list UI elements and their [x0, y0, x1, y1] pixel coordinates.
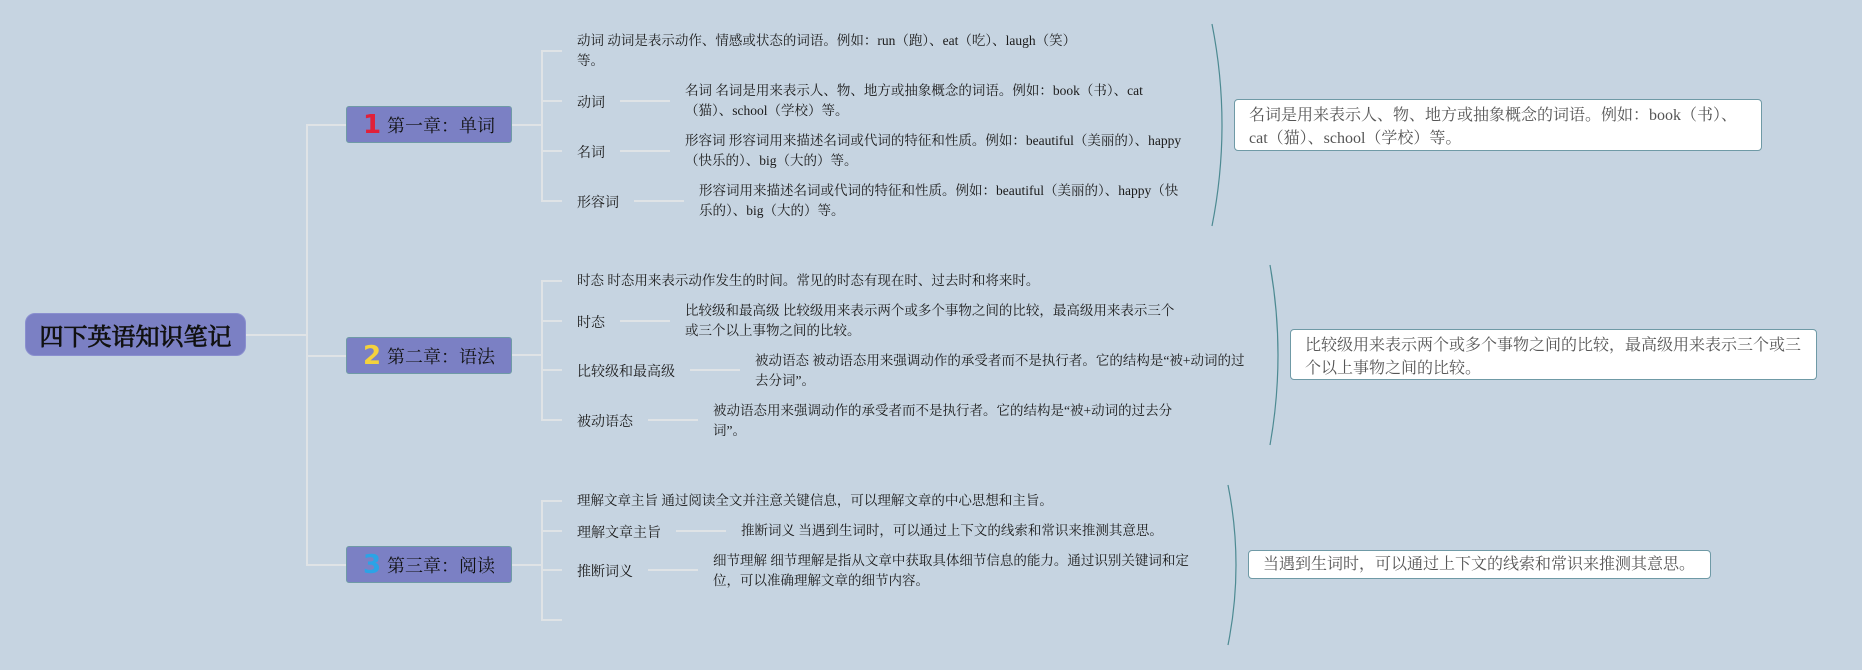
- ch1-tick-3: [541, 200, 562, 202]
- chapter-node-1[interactable]: 1 第一章：单词: [346, 106, 512, 143]
- ch1-tick-0: [541, 50, 562, 52]
- ch1-item-1-label[interactable]: 动词: [577, 92, 605, 112]
- chapter-title: 第三章：阅读: [387, 552, 495, 578]
- ch2-item-0-desc[interactable]: 时态 时态用来表示动作发生的时间。常见的时态有现在时、过去时和将来时。: [577, 271, 1177, 291]
- number-3-icon: 3: [363, 552, 381, 578]
- ch3-item-1-label[interactable]: 理解文章主旨: [577, 522, 661, 542]
- ch3-item-2-desc[interactable]: 细节理解 细节理解是指从文章中获取具体细节信息的能力。通过识别关键词和定位，可以…: [713, 551, 1213, 591]
- ch2-item-1-link: [620, 320, 670, 322]
- ch1-item-1-link: [620, 100, 670, 102]
- ch3-item-2-label[interactable]: 推断词义: [577, 561, 633, 581]
- ch2-summary-brace: [1268, 265, 1284, 445]
- ch1-item-2-desc[interactable]: 形容词 形容词用来描述名词或代词的特征和性质。例如：beautiful（美丽的）…: [685, 131, 1185, 171]
- branch-ch3: [306, 564, 346, 566]
- root-connector: [246, 334, 307, 336]
- chapter-node-3[interactable]: 3 第三章：阅读: [346, 546, 512, 583]
- ch1-item-3-desc[interactable]: 形容词用来描述名词或代词的特征和性质。例如：beautiful（美丽的）、hap…: [699, 181, 1189, 221]
- chapter-title: 第二章：语法: [387, 343, 495, 369]
- ch2-item-3-label[interactable]: 被动语态: [577, 411, 633, 431]
- ch2-item-3-link: [648, 419, 698, 421]
- root-title: 四下英语知识笔记: [40, 317, 232, 352]
- ch1-item-0-desc[interactable]: 动词 动词是表示动作、情感或状态的词语。例如：run（跑）、eat（吃）、lau…: [577, 31, 1077, 71]
- ch1-item-2-label[interactable]: 名词: [577, 142, 605, 162]
- number-1-icon: 1: [363, 112, 381, 138]
- ch2-summary[interactable]: 比较级用来表示两个或多个事物之间的比较，最高级用来表示三个或三个以上事物之间的比…: [1290, 329, 1817, 380]
- ch3-tick-0: [541, 500, 562, 502]
- ch3-item-2-link: [648, 569, 698, 571]
- ch3-item-1-link: [676, 530, 726, 532]
- ch3-connector: [512, 564, 542, 566]
- ch1-item-3-link: [634, 200, 684, 202]
- chapter-node-2[interactable]: 2 第二章：语法: [346, 337, 512, 374]
- branch-ch2: [306, 355, 346, 357]
- ch2-item-2-link: [690, 369, 740, 371]
- ch1-summary-brace: [1210, 24, 1230, 226]
- number-2-icon: 2: [363, 343, 381, 369]
- ch3-tick-2: [541, 569, 562, 571]
- chapter-title: 第一章：单词: [387, 112, 495, 138]
- ch2-tick-3: [541, 419, 562, 421]
- ch2-item-2-label[interactable]: 比较级和最高级: [577, 361, 675, 381]
- ch1-item-3-label[interactable]: 形容词: [577, 192, 619, 212]
- ch1-bracket: [541, 50, 543, 201]
- ch3-tick-3: [541, 619, 562, 621]
- ch2-connector: [512, 354, 542, 356]
- ch3-summary-brace: [1226, 485, 1242, 645]
- ch1-connector: [512, 124, 542, 126]
- ch3-item-0-desc[interactable]: 理解文章主旨 通过阅读全文并注意关键信息，可以理解文章的中心思想和主旨。: [577, 491, 1177, 511]
- ch2-tick-0: [541, 280, 562, 282]
- ch2-tick-2: [541, 369, 562, 371]
- ch2-item-1-label[interactable]: 时态: [577, 312, 605, 332]
- ch1-tick-2: [541, 150, 562, 152]
- ch2-tick-1: [541, 320, 562, 322]
- ch1-item-2-link: [620, 150, 670, 152]
- ch2-item-2-desc[interactable]: 被动语态 被动语态用来强调动作的承受者而不是执行者。它的结构是“被+动词的过去分…: [755, 351, 1255, 391]
- ch1-summary[interactable]: 名词是用来表示人、物、地方或抽象概念的词语。例如：book（书）、cat（猫）、…: [1234, 99, 1762, 151]
- main-trunk: [306, 124, 308, 565]
- ch2-item-3-desc[interactable]: 被动语态用来强调动作的承受者而不是执行者。它的结构是“被+动词的过去分词”。: [713, 401, 1193, 441]
- ch2-bracket: [541, 280, 543, 421]
- root-node[interactable]: 四下英语知识笔记: [25, 313, 246, 356]
- ch3-tick-1: [541, 530, 562, 532]
- ch3-bracket: [541, 500, 543, 620]
- ch1-item-1-desc[interactable]: 名词 名词是用来表示人、物、地方或抽象概念的词语。例如：book（书）、cat（…: [685, 81, 1175, 121]
- ch2-item-1-desc[interactable]: 比较级和最高级 比较级用来表示两个或多个事物之间的比较，最高级用来表示三个或三个…: [685, 301, 1185, 341]
- branch-ch1: [306, 124, 346, 126]
- ch3-summary[interactable]: 当遇到生词时，可以通过上下文的线索和常识来推测其意思。: [1248, 550, 1711, 579]
- ch3-item-1-desc[interactable]: 推断词义 当遇到生词时，可以通过上下文的线索和常识来推测其意思。: [741, 521, 1241, 541]
- ch1-tick-1: [541, 100, 562, 102]
